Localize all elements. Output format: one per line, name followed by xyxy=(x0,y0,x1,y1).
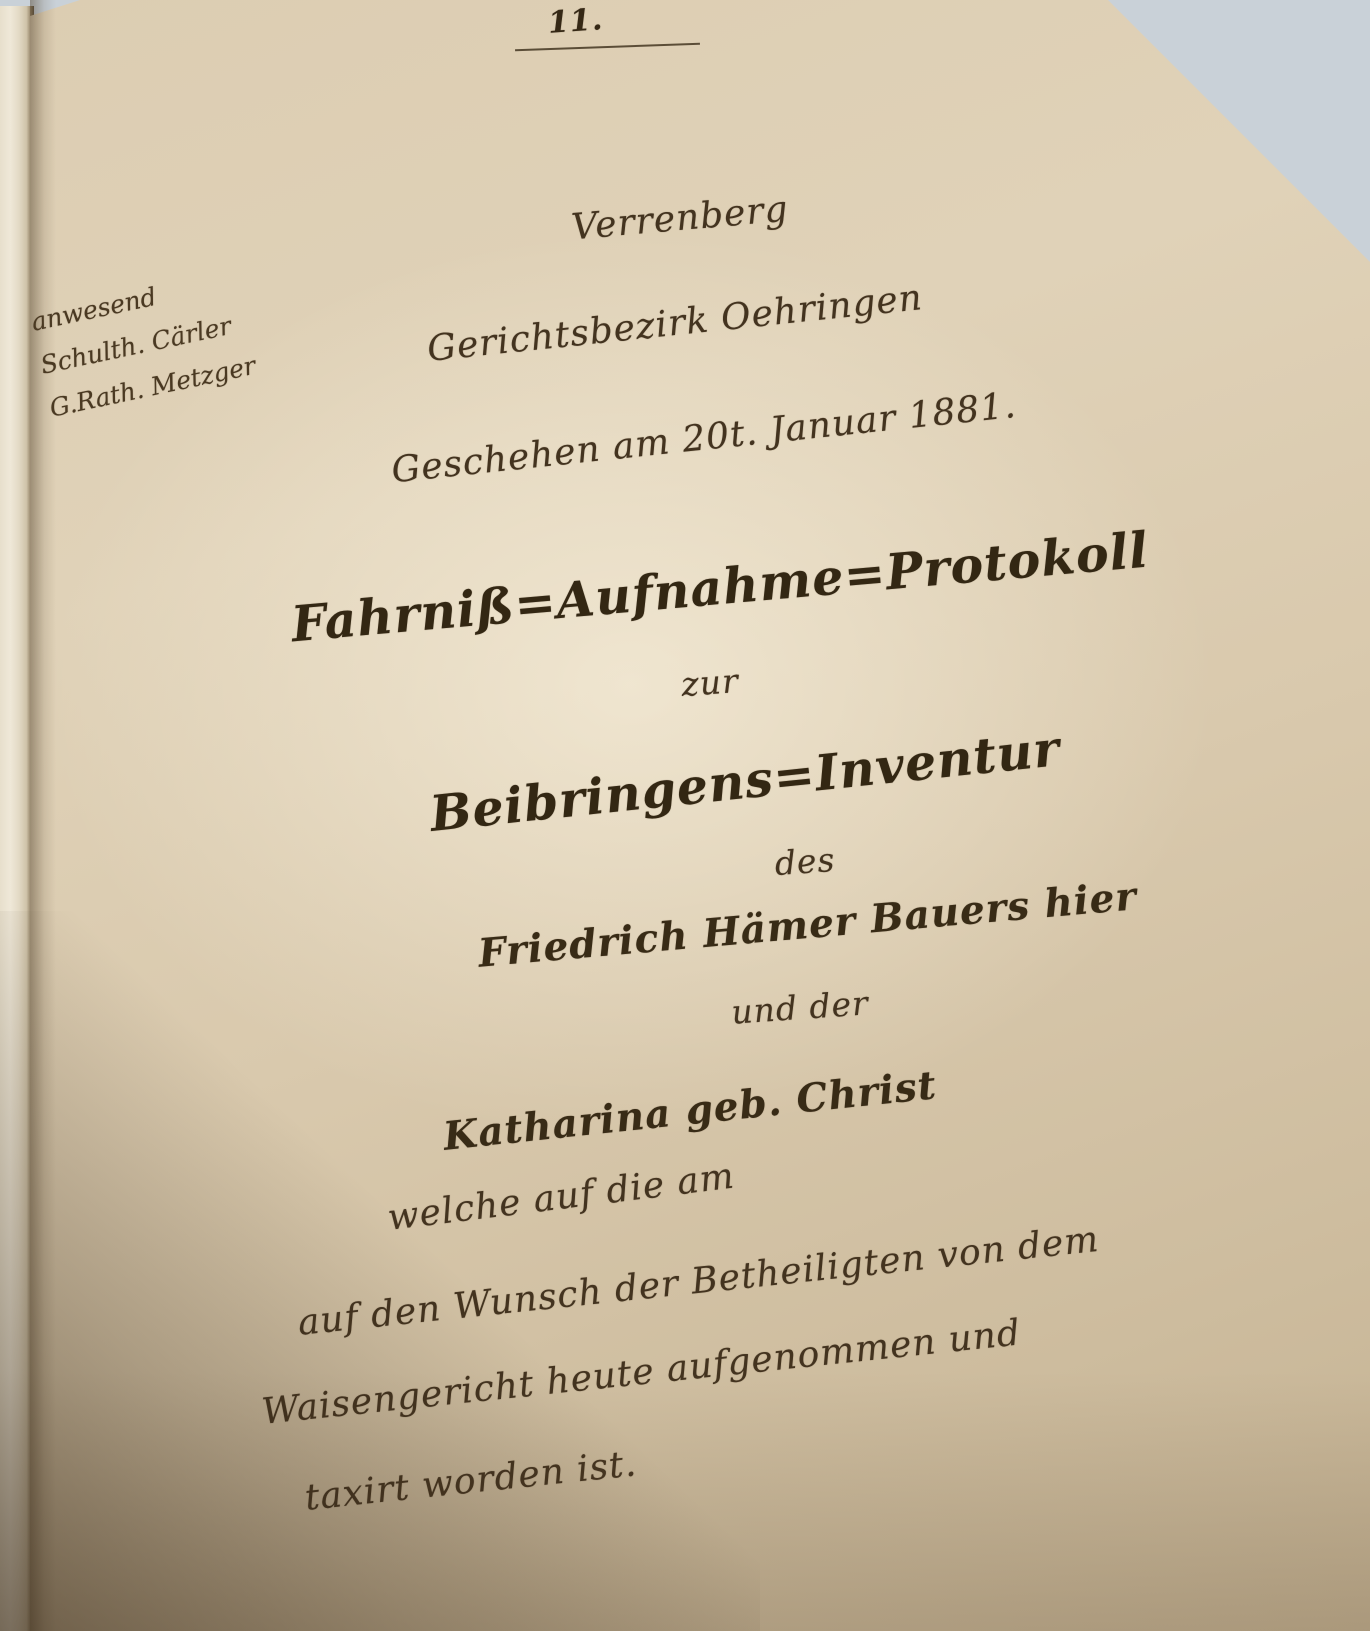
title-of-word: des xyxy=(729,837,881,886)
folio-number: 11. xyxy=(547,2,605,41)
title-person2: Katharina geb. Christ xyxy=(389,1057,991,1165)
manuscript-page: 11. anwesend Schulth. Cärler G.Rath. Met… xyxy=(0,0,1370,1631)
title-and-words: und der xyxy=(649,978,951,1038)
heading-date-line: Geschehen am 20t. Januar 1881. xyxy=(390,386,1011,492)
photograph-of-manuscript: 11. anwesend Schulth. Cärler G.Rath. Met… xyxy=(0,0,1370,1631)
book-page-edges xyxy=(0,6,34,1631)
heading-place: Verrenberg xyxy=(469,180,891,257)
heading-district: Gerichtsbezirk Oehringen xyxy=(379,272,970,374)
folio-underline-flourish xyxy=(515,43,700,51)
title-subtitle: Beibringens=Inventur xyxy=(394,716,1096,847)
body-line-4: taxirt worden ist. xyxy=(303,1443,639,1519)
title-person1: Friedrich Hämer Bauers hier xyxy=(419,868,1195,981)
title-main: Fahrniß=Aufnahme=Protokoll xyxy=(279,520,1161,654)
margin-note-attendees: anwesend Schulth. Cärler G.Rath. Metzger xyxy=(27,245,318,430)
title-connector: zur xyxy=(619,657,801,708)
body-line-1: welche auf die am xyxy=(386,1156,737,1239)
